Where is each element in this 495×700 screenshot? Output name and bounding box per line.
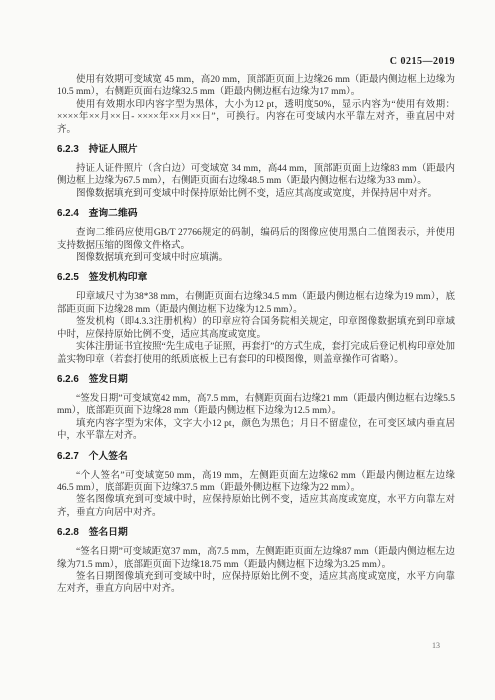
document-page: C 0215—2019 使用有效期可变域宽 45 mm，高20 mm，顶部距页面… <box>0 0 495 700</box>
document-content: 使用有效期可变域宽 45 mm，高20 mm，顶部距页面上边缘26 mm（距最内… <box>57 74 455 596</box>
section-heading: 6.2.8 签名日期 <box>57 527 455 539</box>
section-heading: 6.2.3 持证人照片 <box>57 144 455 156</box>
paragraph: 印章域尺寸为38*38 mm，右侧距页面右边缘34.5 mm（距最内侧边框右边缘… <box>57 291 455 316</box>
section-heading: 6.2.7 个人签名 <box>57 451 455 463</box>
paragraph: 图像数据填充到可变域中时应填满。 <box>57 252 455 264</box>
section-heading: 6.2.6 签发日期 <box>57 374 455 386</box>
paragraph: 签名日期图像填充到可变域中时，应保持原始比例不变，适应其高度或宽度，水平方向靠左… <box>57 571 455 596</box>
page-number: 13 <box>432 641 440 650</box>
paragraph: 查询二维码应使用GB/T 27766规定的码制，编码后的图像应使用黑白二值图表示… <box>57 227 455 252</box>
section-heading: 6.2.5 签发机构印章 <box>57 272 455 284</box>
section-heading: 6.2.4 查询二维码 <box>57 208 455 220</box>
paragraph: 填充内容字型为宋体，文字大小12 pt，颜色为黑色；月日不留虚位，在可变区域内垂… <box>57 418 455 443</box>
paragraph: “签名日期”可变域距宽37 mm，高7.5 mm，左侧距距页面左边缘87 mm（… <box>57 546 455 571</box>
paragraph: “签发日期”可变域宽42 mm，高7.5 mm，右侧距页面右边缘21 mm（距最… <box>57 393 455 418</box>
paragraph: 签名图像填充到可变域中时，应保持原始比例不变，适应其高度或宽度，水平方向靠左对齐… <box>57 494 455 519</box>
standard-code-header: C 0215—2019 <box>57 56 455 68</box>
paragraph: 签发机构（即4.3.3注册机构）的印章应符合国务院相关规定，印章图像数据填充到印… <box>57 316 455 341</box>
paragraph: 使用有效期水印内容字型为黑体，大小为12 pt，透明度50%，显示内容为“使用有… <box>57 99 455 136</box>
paragraph: “个人签名”可变域宽50 mm，高19 mm，左侧距页面左边缘62 mm（距最内… <box>57 470 455 495</box>
paragraph: 持证人证件照片（含白边）可变域宽 34 mm，高44 mm，顶部距页面上边缘83… <box>57 163 455 188</box>
paragraph: 使用有效期可变域宽 45 mm，高20 mm，顶部距页面上边缘26 mm（距最内… <box>57 74 455 99</box>
paragraph: 图像数据填充到可变域中时保持原始比例不变，适应其高度或宽度，并保持居中对齐。 <box>57 188 455 200</box>
paragraph: 实体注册证书宜按照“先生成电子证照，再套打”的方式生成，套打完成后登记机构印章处… <box>57 341 455 366</box>
